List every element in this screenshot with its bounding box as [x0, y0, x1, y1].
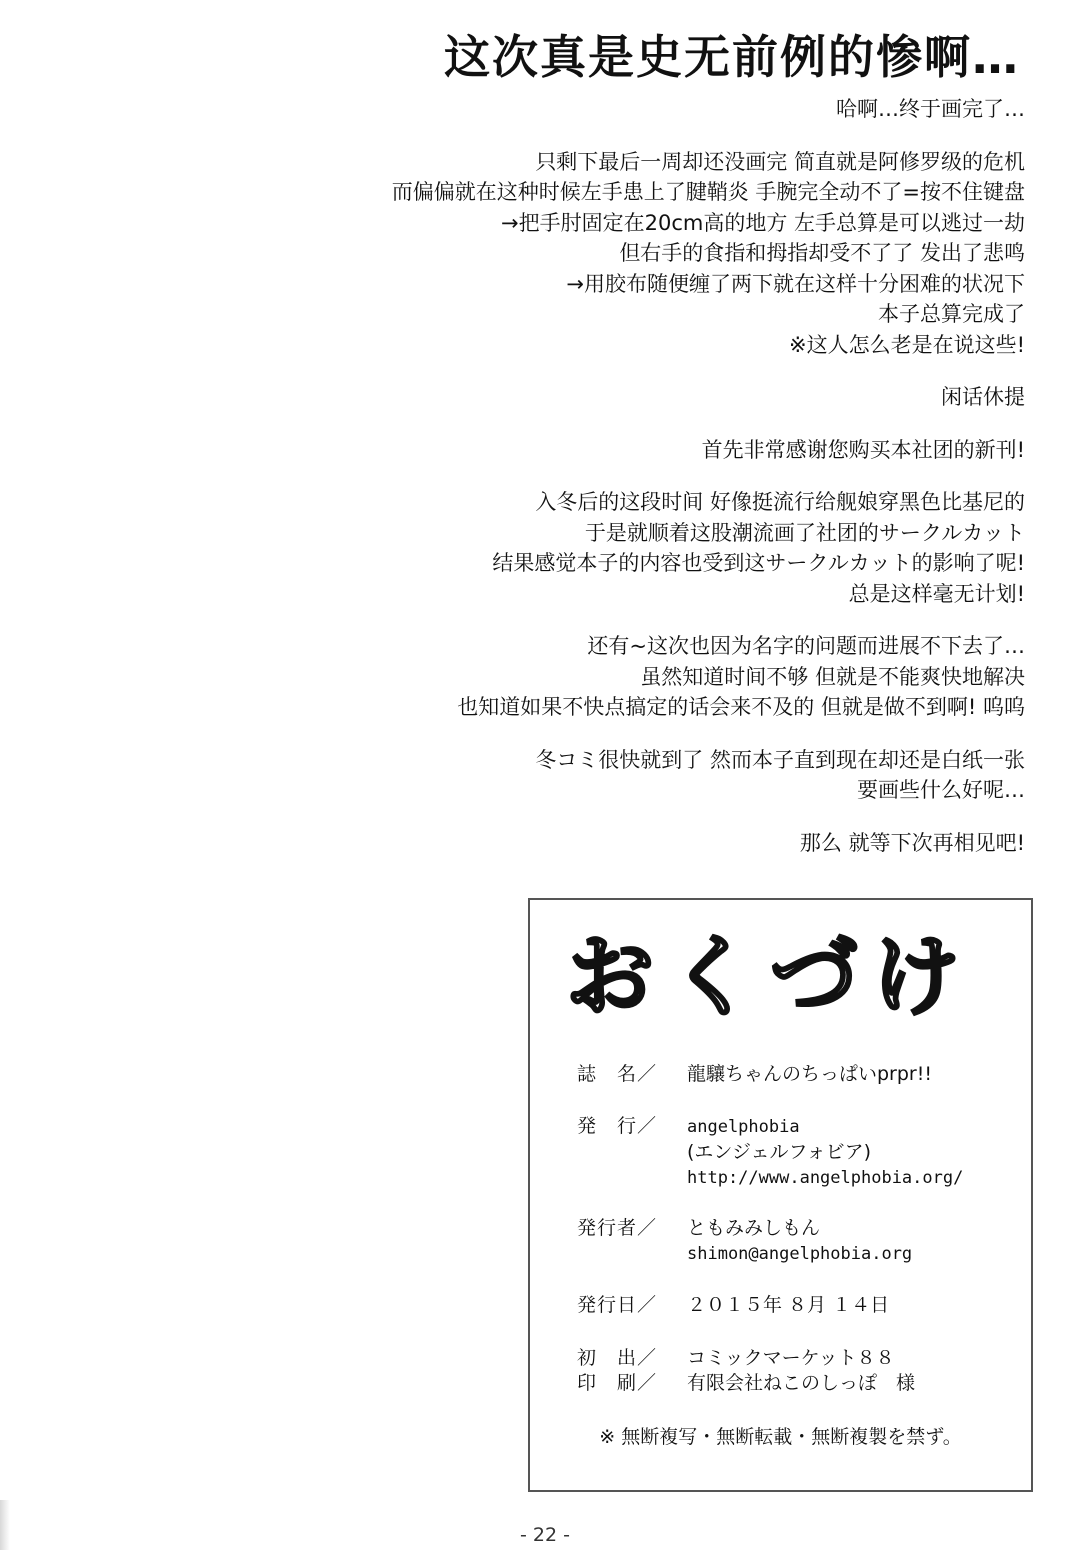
colophon-debut-row: 初 出／ コミックマーケット８８ [577, 1346, 895, 1371]
text-line: 也知道如果不快点搞定的话会来不及的 但就是做不到啊! 呜呜 [205, 692, 1025, 723]
printer-value: 有限会社ねこのしっぽ 様 [687, 1371, 915, 1396]
text-line: 虽然知道时间不够 但就是不能爽快地解决 [205, 662, 1025, 693]
text-line: 还有~这次也因为名字的问题而进展不下去了… [205, 631, 1025, 662]
debut-label: 初 出／ [577, 1346, 687, 1371]
paragraph-gap [205, 723, 1025, 745]
paragraph-gap [205, 125, 1025, 147]
text-line: 要画些什么好呢… [205, 775, 1025, 806]
page-title: 这次真是史无前例的惨啊… [444, 34, 1020, 80]
text-line: 结果感觉本子的内容也受到这サークルカット的影响了呢! [205, 548, 1025, 579]
okuzuke-heading: おくづけ [566, 925, 991, 1020]
text-line: 入冬后的这段时间 好像挺流行给舰娘穿黑色比基尼的 [205, 487, 1025, 518]
paragraph-gap [205, 360, 1025, 382]
debut-value: コミックマーケット８８ [687, 1346, 895, 1371]
text-line: 总是这样毫无计划! [205, 579, 1025, 610]
colophon-date-row: 発行日／ ２０１５年 ８月 １４日 [577, 1293, 889, 1318]
text-line: 于是就顺着这股潮流画了社团的サークルカット [205, 518, 1025, 549]
afterword-text: 哈啊…终于画完了…只剩下最后一周却还没画完 简直就是阿修罗级的危机而偏偏就在这种… [205, 94, 1025, 858]
paragraph-gap [205, 465, 1025, 487]
text-line: →用胶布随便缠了两下就在这样十分困难的状况下 [205, 269, 1025, 300]
page-number: - 22 - [0, 1524, 1080, 1546]
colophon-author-row: 発行者／ ともみみしもん shimon@angelphobia.org [577, 1216, 912, 1267]
printer-label: 印 刷／ [577, 1371, 687, 1396]
colophon-publisher-row: 発 行／ angelphobia (エンジェルフォビア) http://www.… [577, 1114, 963, 1191]
colophon-box: おくづけ 誌 名／ 龍驤ちゃんのちっぱいprpr!! 発 行／ angelpho… [528, 898, 1033, 1492]
text-line: 首先非常感谢您购买本社团的新刊! [205, 435, 1025, 466]
author-label: 発行者／ [577, 1216, 687, 1267]
date-value: ２０１５年 ８月 １４日 [687, 1293, 889, 1318]
text-line: 而偏偏就在这种时候左手患上了腱鞘炎 手腕完全动不了=按不住键盘 [205, 177, 1025, 208]
publisher-name: angelphobia [687, 1117, 800, 1137]
text-line: 哈啊…终于画完了… [205, 94, 1025, 125]
text-line: 那么 就等下次再相见吧! [205, 828, 1025, 859]
svg-text:おくづけ: おくづけ [566, 925, 974, 1020]
title-label: 誌 名／ [577, 1062, 687, 1087]
text-line: 冬コミ很快就到了 然而本子直到现在却还是白纸一张 [205, 745, 1025, 776]
paragraph-gap [205, 413, 1025, 435]
colophon-printer-row: 印 刷／ 有限会社ねこのしっぽ 様 [577, 1371, 915, 1396]
text-line: →把手肘固定在20cm高的地方 左手总算是可以逃过一劫 [205, 208, 1025, 239]
publisher-kana: (エンジェルフォビア) [687, 1141, 871, 1163]
author-email: shimon@angelphobia.org [687, 1244, 912, 1264]
text-line: ※这人怎么老是在说这些! [205, 330, 1025, 361]
copyright-notice: ※ 無断複写・無断転載・無断複製を禁ず。 [530, 1422, 1031, 1449]
text-line: 但右手的食指和拇指却受不了了 发出了悲鸣 [205, 238, 1025, 269]
paragraph-gap [205, 806, 1025, 828]
text-line: 闲话休提 [205, 382, 1025, 413]
date-label: 発行日／ [577, 1293, 687, 1318]
colophon-title-row: 誌 名／ 龍驤ちゃんのちっぱいprpr!! [577, 1062, 932, 1087]
text-line: 本子总算完成了 [205, 299, 1025, 330]
publisher-url: http://www.angelphobia.org/ [687, 1168, 963, 1188]
publisher-label: 発 行／ [577, 1114, 687, 1191]
title-value: 龍驤ちゃんのちっぱいprpr!! [687, 1062, 932, 1087]
paragraph-gap [205, 609, 1025, 631]
author-name: ともみみしもん [687, 1217, 820, 1239]
text-line: 只剩下最后一周却还没画完 简直就是阿修罗级的危机 [205, 147, 1025, 178]
